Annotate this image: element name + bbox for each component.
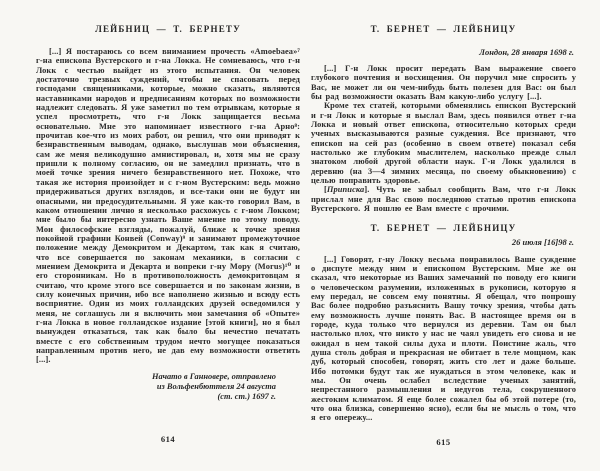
signature-line: из Вольфенбюттеля 24 августа xyxy=(36,382,276,392)
left-page: ЛЕЙБНИЦ — Т. БЕРНЕТУ [...] Я постараюсь … xyxy=(36,24,300,402)
signature-line: Начато в Ганновере, отправлено xyxy=(36,372,276,382)
right-letter2-header: Т. БЕРНЕТ — ЛЕЙБНИЦУ xyxy=(311,223,576,233)
letter-burnett-jul: Т. БЕРНЕТ — ЛЕЙБНИЦУ 26 июля [16]98 г. [… xyxy=(311,223,576,423)
left-letter-body: [...] Я постараюсь со всем вниманием про… xyxy=(36,47,300,365)
left-letter-header: ЛЕЙБНИЦ — Т. БЕРНЕТУ xyxy=(36,24,300,34)
letter-burnett-jan: Т. БЕРНЕТ — ЛЕЙБНИЦУ Лондон, 28 января 1… xyxy=(311,24,576,214)
right-letter1-header: Т. БЕРНЕТ — ЛЕЙБНИЦУ xyxy=(311,24,576,34)
right-page-number: 615 xyxy=(311,437,576,447)
signature-line: (ст. ст.) 1697 г. xyxy=(36,392,276,402)
right-letter1-postscript: [Приписка]. Чуть не забыл сообщить Вам, … xyxy=(311,185,576,213)
right-letter2-dateline: 26 июля [16]98 г. xyxy=(311,237,574,247)
book-spread: ЛЕЙБНИЦ — Т. БЕРНЕТУ [...] Я постараюсь … xyxy=(0,0,600,471)
right-letter1-dateline: Лондон, 28 января 1698 г. xyxy=(311,47,574,57)
postscript-label: Приписка xyxy=(327,185,364,194)
right-letter1-paragraph: [...] Г-н Локк просит передать Вам выраж… xyxy=(311,64,576,101)
right-letter1-paragraph: Кроме тех статей, которыми обменялись еп… xyxy=(311,101,576,185)
left-page-number: 614 xyxy=(36,434,300,444)
right-page: Т. БЕРНЕТ — ЛЕЙБНИЦУ Лондон, 28 января 1… xyxy=(311,24,576,423)
signature-block: Начато в Ганновере, отправлено из Вольфе… xyxy=(36,372,300,403)
right-letter2-paragraph: [...] Говорят, г-ну Локку весьма понрави… xyxy=(311,255,576,423)
